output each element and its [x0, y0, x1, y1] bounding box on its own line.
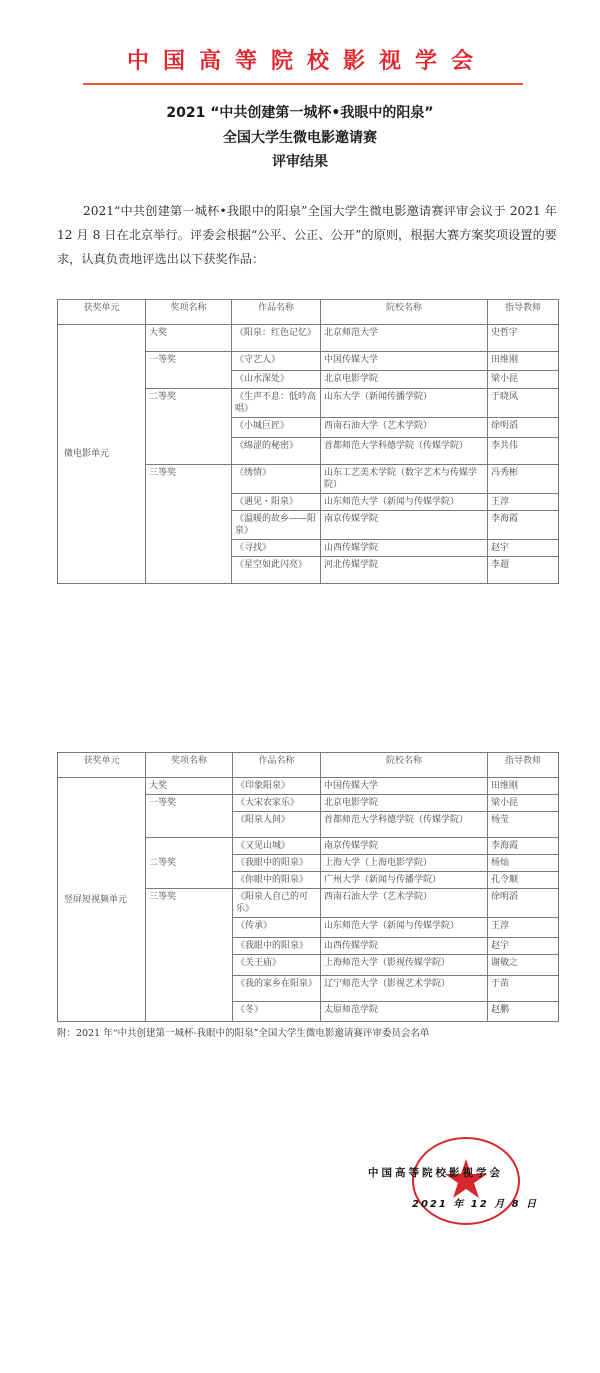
col-header-school: 院校名称: [321, 753, 488, 778]
table-header-row: 获奖单元 奖项名称 作品名称 院校名称 指导教师: [58, 300, 559, 325]
table-header-row: 获奖单元 奖项名称 作品名称 院校名称 指导教师: [58, 753, 559, 778]
work-cell: 《印象阳泉》: [233, 778, 321, 795]
header-divider: [83, 83, 523, 85]
col-header-teacher: 指导教师: [488, 753, 559, 778]
teacher-cell: 赵宇: [488, 938, 559, 955]
col-header-work: 作品名称: [232, 300, 321, 325]
award-cell: 大奖: [146, 778, 233, 795]
teacher-cell: 徐明滔: [488, 418, 559, 438]
intro-text: 2021“中共创建第一城杯•我眼中的阳泉”全国大学生微电影邀请赛评审会议于 20…: [57, 199, 557, 271]
teacher-cell: 杨莹: [488, 812, 559, 838]
col-header-unit: 获奖单元: [58, 300, 146, 325]
unit-cell: 微电影单元: [58, 325, 146, 584]
teacher-cell: 徐明滔: [488, 889, 559, 918]
work-cell: 《绣情》: [232, 465, 321, 494]
work-cell: 《阳泉：红色记忆》: [232, 325, 321, 352]
work-cell: 《温暖的故乡——阳泉》: [232, 511, 321, 540]
teacher-cell: 王淳: [488, 918, 559, 938]
teacher-cell: 王淳: [488, 494, 559, 511]
teacher-cell: 李超: [488, 557, 559, 584]
work-cell: 《小城巨匠》: [232, 418, 321, 438]
school-cell: 南京传媒学院: [321, 511, 488, 540]
col-header-award: 奖项名称: [146, 753, 233, 778]
award-cell: 大奖: [146, 325, 232, 352]
award-cell: 三等奖: [146, 465, 232, 584]
teacher-cell: 田维刚: [488, 778, 559, 795]
teacher-cell: 李共伟: [488, 438, 559, 465]
school-cell: 山东工艺美术学院（数字艺术与传媒学院）: [321, 465, 488, 494]
work-cell: 《冬》: [233, 1002, 321, 1022]
col-header-award: 奖项名称: [146, 300, 232, 325]
teacher-cell: 史哲宇: [488, 325, 559, 352]
teacher-cell: 孔令顺: [488, 872, 559, 889]
work-cell: 《我的家乡在阳泉》: [233, 976, 321, 1002]
school-cell: 南京传媒学院: [321, 838, 488, 855]
doc-title-line2: 全国大学生微电影邀请赛: [0, 127, 600, 147]
table-row: 竖屏短视频单元 大奖 《印象阳泉》 中国传媒大学 田维刚: [58, 778, 559, 795]
teacher-cell: 赵宇: [488, 540, 559, 557]
work-cell: 《传承》: [233, 918, 321, 938]
col-header-work: 作品名称: [233, 753, 321, 778]
work-cell: 《阳泉人间》: [233, 812, 321, 838]
work-cell: 《绵涩的秘密》: [232, 438, 321, 465]
teacher-cell: 冯秀彬: [488, 465, 559, 494]
teacher-cell: 于晓风: [488, 389, 559, 418]
appendix-note: 附：2021 年“中共创建第一城杯·我眼中的阳泉”全国大学生微电影邀请赛评审委员…: [57, 1025, 429, 1039]
work-cell: 《寻找》: [232, 540, 321, 557]
teacher-cell: 谢敏之: [488, 955, 559, 976]
award-cell: 一等奖: [146, 352, 232, 389]
col-header-unit: 获奖单元: [58, 753, 146, 778]
col-header-school: 院校名称: [321, 300, 488, 325]
work-cell: 《守艺人》: [232, 352, 321, 371]
school-cell: 上海大学（上海电影学院）: [321, 855, 488, 872]
official-seal-icon: [410, 1135, 522, 1227]
unit-cell: 竖屏短视频单元: [58, 778, 146, 1022]
school-cell: 北京电影学院: [321, 371, 488, 389]
signature-organization: 中国高等院校影视学会: [368, 1165, 503, 1180]
award-cell: 二等奖: [146, 838, 233, 889]
school-cell: 山东师范大学（新闻与传媒学院）: [321, 494, 488, 511]
teacher-cell: 杨灿: [488, 855, 559, 872]
teacher-cell: 梁小昆: [488, 795, 559, 812]
school-cell: 上海师范大学（影视传媒学院）: [321, 955, 488, 976]
school-cell: 辽宁师范大学（影视艺术学院）: [321, 976, 488, 1002]
work-cell: 《山水深处》: [232, 371, 321, 389]
col-header-teacher: 指导教师: [488, 300, 559, 325]
organization-header: 中国高等院校影视学会: [0, 44, 600, 75]
teacher-cell: 田维刚: [488, 352, 559, 371]
signature-date: 2021 年 12 月 8 日: [412, 1195, 538, 1210]
award-cell: 三等奖: [146, 889, 233, 1022]
school-cell: 山东师范大学（新闻与传媒学院）: [321, 918, 488, 938]
school-cell: 首都师范大学科德学院（传媒学院）: [321, 438, 488, 465]
school-cell: 广州大学（新闻与传播学院）: [321, 872, 488, 889]
teacher-cell: 李海霞: [488, 511, 559, 540]
work-cell: 《阳泉人自己的可乐》: [233, 889, 321, 918]
school-cell: 山西传媒学院: [321, 938, 488, 955]
work-cell: 《生声不息：低吟高唱》: [232, 389, 321, 418]
school-cell: 首都师范大学科德学院（传媒学院）: [321, 812, 488, 838]
teacher-cell: 梁小昆: [488, 371, 559, 389]
table-row: 微电影单元 大奖 《阳泉：红色记忆》 北京师范大学 史哲宇: [58, 325, 559, 352]
work-cell: 《大宋农家乐》: [233, 795, 321, 812]
school-cell: 西南石油大学（艺术学院）: [321, 418, 488, 438]
teacher-cell: 于苗: [488, 976, 559, 1002]
work-cell: 《我眼中的阳泉》: [233, 855, 321, 872]
school-cell: 河北传媒学院: [321, 557, 488, 584]
vertical-video-results-table: 获奖单元 奖项名称 作品名称 院校名称 指导教师 竖屏短视频单元 大奖 《印象阳…: [57, 752, 559, 1022]
work-cell: 《你眼中的阳泉》: [233, 872, 321, 889]
work-cell: 《遇见・阳泉》: [232, 494, 321, 511]
teacher-cell: 赵鹏: [488, 1002, 559, 1022]
doc-title-line3: 评审结果: [0, 151, 600, 171]
award-cell: 二等奖: [146, 389, 232, 465]
school-cell: 中国传媒大学: [321, 352, 488, 371]
school-cell: 山东大学（新闻传播学院）: [321, 389, 488, 418]
school-cell: 北京电影学院: [321, 795, 488, 812]
work-cell: 《星空如此闪亮》: [232, 557, 321, 584]
intro-paragraph: 2021“中共创建第一城杯•我眼中的阳泉”全国大学生微电影邀请赛评审会议于 20…: [57, 199, 557, 271]
school-cell: 北京师范大学: [321, 325, 488, 352]
work-cell: 《关王庙》: [233, 955, 321, 976]
award-cell: 一等奖: [146, 795, 233, 838]
teacher-cell: 李海霞: [488, 838, 559, 855]
doc-title-line1: 2021 “中共创建第一城杯•我眼中的阳泉”: [0, 102, 600, 122]
school-cell: 中国传媒大学: [321, 778, 488, 795]
work-cell: 《我眼中的阳泉》: [233, 938, 321, 955]
micro-film-results-table: 获奖单元 奖项名称 作品名称 院校名称 指导教师 微电影单元 大奖 《阳泉：红色…: [57, 299, 559, 584]
school-cell: 太原师范学院: [321, 1002, 488, 1022]
school-cell: 山西传媒学院: [321, 540, 488, 557]
work-cell: 《又见山城》: [233, 838, 321, 855]
school-cell: 西南石油大学（艺术学院）: [321, 889, 488, 918]
